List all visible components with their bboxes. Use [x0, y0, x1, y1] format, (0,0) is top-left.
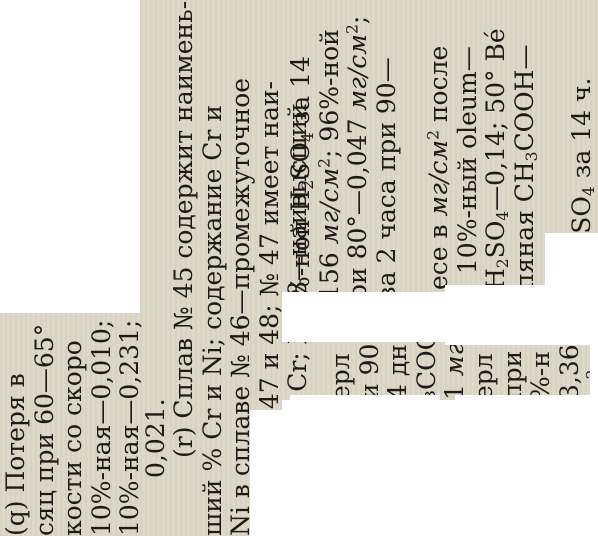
- text-line: %-ной H2SO4 за 14: [287, 16, 316, 300]
- text-line: пяная CH3COOH—: [511, 28, 540, 290]
- text-line: 0,021.: [142, 398, 171, 536]
- text-line: 10%-ная—0,010;: [88, 320, 117, 536]
- blank-region: [0, 0, 140, 313]
- scanned-page: (q) Потеря в сяц при 60—65° кости со ско…: [0, 0, 598, 536]
- blank-region: [545, 233, 598, 345]
- blank-region: [282, 400, 598, 536]
- blank-region: [290, 395, 440, 415]
- text-line: ший % Cr и Ni; содержание Cr и: [199, 1, 228, 536]
- text-line: ри 80°—0,047 мг/см2;: [344, 16, 373, 300]
- text-line: (r) Сплав № 45 содержит наимень-: [170, 1, 199, 536]
- text-column-left: (q) Потеря в сяц при 60—65° кости со ско…: [2, 320, 145, 536]
- text-column-right-top: %-ной H2SO4 за 14 156 мг/см2; 96%-ной ри…: [287, 16, 401, 300]
- text-column-main: 0,021.: [142, 398, 171, 536]
- text-line: есе в мг/см2 после: [425, 28, 454, 290]
- blank-region: [590, 340, 598, 410]
- blank-region: [455, 395, 598, 405]
- text-line: кости со скоро: [59, 320, 88, 536]
- text-line: за 2 часа при 90—: [373, 16, 402, 300]
- text-line: (q) Потеря в: [2, 320, 31, 536]
- blank-region: [250, 410, 290, 536]
- text-line: H2SO4—0,14; 50° Bé: [482, 28, 511, 290]
- text-line: сяц при 60—65°: [31, 320, 60, 536]
- blank-region: [282, 292, 452, 342]
- text-line: 156 мг/см2; 96%-ной: [316, 16, 345, 300]
- text-line: 10%-ный oleum—: [454, 28, 483, 290]
